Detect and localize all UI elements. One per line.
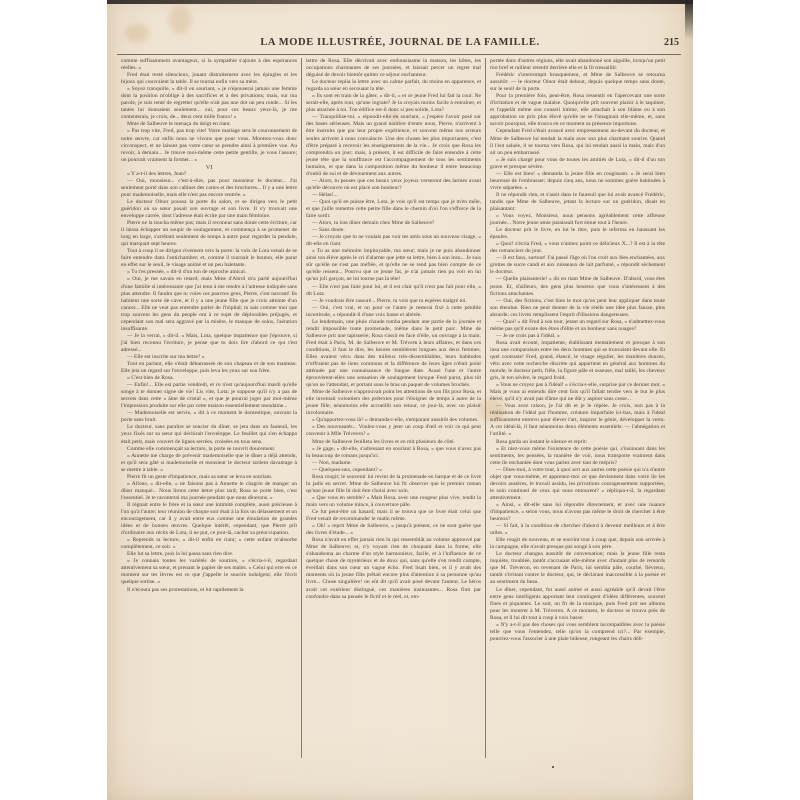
paragraph: — Je la verrai, » dit-il. « Mais, Lota, … [121,333,297,354]
paragraph: — Elle est bien! » demanda la jeune fill… [490,171,665,192]
paragraph: — Elle est inscrite sur ma lettre? » [121,354,297,361]
paragraph: « Reprends ta lecture, » dit-il enfin en… [121,537,297,551]
scan-corner-shadow [685,0,693,40]
column-left-text-continued: « Y a-t-il des lettres, Jean?— Oui, mons… [121,171,297,594]
paragraph: portée dans d'autres régions, elle avait… [490,58,665,72]
paragraph: Pierre ne la toucha même pas; mais il re… [121,220,297,248]
paragraph: Le lendemain, une pluie chaude tomba pen… [306,319,481,389]
paragraph: « Soyez tranquille, » dit-il en souriant… [121,86,297,121]
paragraph: Rosa garda un instant le silence et repr… [490,439,665,446]
paragraph: « Allons, » dit-elle, « ne faisons pas à… [121,481,297,502]
paragraph: — Sans doute. [306,227,481,234]
page-bottom-shade [107,730,693,800]
paragraph: Mme de Salbeuve n'approuvait point les a… [306,389,481,417]
paragraph: « N'y a-t-il pas des choses qui vous sem… [490,622,665,643]
paragraph: Le docteur Olnor poussa la porte du salo… [121,199,297,220]
paragraph: « Tu t'es pressée, » dit-il d'un ton de … [121,269,297,276]
paragraph: Le docteur changea aussitôt de conversat… [490,551,665,586]
paragraph: — Quelle plaisanterie! » dit en riant Mm… [490,276,665,297]
paragraph: — Alors, tu penses que ces beaux yeux jo… [306,178,481,192]
paragraph: comme suffisamment avantageux, si la sym… [121,58,297,72]
paragraph: — Je croyais que tu ne voulais pas voir … [306,234,481,248]
paragraph: — Oui, c'est vrai, et on pour ce l'autre… [306,305,481,319]
paragraph: Elle rougit de nouveau, et se souvint to… [490,537,665,551]
journal-title: LA MODE ILLUSTRÉE, JOURNAL DE LA FAMILLE… [107,37,693,48]
paragraph: — Enfin!... Elle est partie vendredi, et… [121,382,297,410]
paragraph: Cependant Fred s'était avancé avec empre… [490,128,665,156]
paragraph: Le docteur prit le livre, en lut le titr… [490,227,665,241]
paragraph: « Des nouveautés... Voulez-vous y jeter … [306,424,481,438]
paragraph: « Pas trop vite, Fred, pas trop vite! Vo… [121,128,297,163]
paragraph: Il régnait entre le frère et la sœur une… [121,502,297,537]
page-header: LA MODE ILLUSTRÉE, JOURNAL DE LA FAMILLE… [107,37,693,51]
paragraph: « Quoi! s'écria Fred, « vous n'aimez poi… [490,241,665,255]
paragraph: Tout en parlant, elle s'était débarrassé… [121,361,297,375]
paragraph: — Il est faux, surtout! J'ai passé l'âge… [490,255,665,276]
paragraph: Frédéric s'interrompit brusquement, et M… [490,72,665,93]
paragraph: — Si fait, à la condition de chercher d'… [490,523,665,537]
header-divider [117,54,681,55]
paragraph: — Quoi! » dit Fred à son tour, jetant un… [490,319,665,333]
paragraph: — Quelques-uns, cependant? » [306,467,481,474]
column-right: portée dans d'autres régions, elle avait… [485,58,669,758]
paragraph: « Qu'apportez-vous là? » demanda-t-elle,… [306,417,481,424]
paragraph: « Et niez-vous même l'existence de cette… [490,446,665,467]
paragraph: — Vous avez raison, je l'ai dit et je le… [490,403,665,438]
paragraph: « Je connais toutes les variétés de sour… [121,558,297,586]
paragraph: Le docteur replia la lettre avec un calm… [306,79,481,93]
paragraph: Pierre fit un geste d'impatience, mais s… [121,474,297,481]
newspaper-page: LA MODE ILLUSTRÉE, JOURNAL DE LA FAMILLE… [107,0,693,800]
paragraph: « Je gage, » dit-elle, s'adressant en so… [306,446,481,460]
paragraph: « Tu as une mémoire impitoyable, ma sœur… [306,248,481,283]
column-middle: lettre de Rosa. Elle décrivait avec enth… [301,58,485,758]
paragraph: « Y a-t-il des lettres, Jean? [121,171,297,178]
text-columns: comme suffisamment avantageux, si la sym… [117,58,683,758]
paragraph: Elle lut sa lettre, puis la lui passa sa… [121,551,297,558]
paragraph: Il n'écouta pas ses protestations, et lu… [121,587,297,594]
paragraph: « Oh! » reprit Mme de Salbeuve, « jusqu'… [306,523,481,537]
page-number: 215 [664,37,679,48]
paragraph: — Je voudrais être rassuré... Pierre, tu… [306,298,481,305]
paragraph: — Elle n'est pas faite pour lui, et il e… [306,284,481,298]
paragraph: « Que vous en semble? » Mais Rosa, avec … [306,495,481,509]
paper-stain [169,6,191,34]
paragraph: Mme de Salbeuve le menaça du doigt en ri… [121,121,297,128]
paragraph: « Ainsi, » dit-elle sans lui répondre di… [490,502,665,523]
paragraph: — Alors, tu iras dîner demain chez Mme d… [306,220,481,227]
paragraph: « Annette me charge de prévenir mademois… [121,453,297,474]
paragraph: — Je ne crois pas à l'idéal. » [490,333,665,340]
paragraph: « Vous voyez, Monsieur, nous pensons agr… [490,213,665,227]
paragraph: — Dites-moi, à votre tour, à quoi sert a… [490,467,665,502]
paragraph: Rosa n'avait en effet jamais rien lu qui… [306,537,481,600]
paragraph: « Je suis chargé pour vous de toutes les… [490,157,665,171]
paragraph: Mme de Salbeuve feuilleta les livres et … [306,439,481,446]
column-left: comme suffisamment avantageux, si la sym… [117,58,301,758]
paragraph: « Ils sont en train de la gâter, » dit-i… [306,93,481,114]
paragraph: — Hélas!... [306,192,481,199]
paragraph: — Oui, monsieur... c'est-à-dire, pas pou… [121,178,297,199]
paragraph: lettre de Rosa. Elle décrivait avec enth… [306,58,481,79]
paragraph: Comme elle commençait sa lecture, la por… [121,446,297,453]
paragraph: — Oui, des fictions, c'est bien le mot q… [490,298,665,319]
paragraph: Pour la première fois, peut-être, Rosa r… [490,93,665,128]
column-left-text: comme suffisamment avantageux, si la sym… [121,58,297,164]
paragraph: « Vous ne croyez pas à l'idéal! » s'écri… [490,382,665,403]
paragraph: — Tranquillise-toi, » répondit-elle en s… [306,114,481,177]
scan-top-edge [107,0,693,4]
paragraph: Rosa avait écouté, impatiente, établissa… [490,340,665,382]
paragraph: Rosa rougit; le souvenir lui revint de l… [306,474,481,495]
paragraph: Le dîner, cependant, fut aussi animé et … [490,587,665,622]
paragraph: Tout à coup il se dirigea vivement vers … [121,248,297,269]
paragraph: Fred était resté silencieux, jouant dist… [121,72,297,86]
paragraph: Ce fut peut-être un hasard; mais il se t… [306,509,481,523]
paragraph: — Non, madame. [306,460,481,467]
paragraph: — Quoi qu'il en puisse être, Lota, je vo… [306,199,481,220]
paragraph: Le docteur, sans paraître se soucier du … [121,424,297,445]
paragraph: « Oui, je me savais en retard; mais Mme … [121,276,297,332]
paragraph: Il ne répondit rien, et s'assit dans le … [490,192,665,213]
paragraph: — Mademoiselle est servie, » dit à ce mo… [121,410,297,424]
section-number: VI [121,164,297,171]
